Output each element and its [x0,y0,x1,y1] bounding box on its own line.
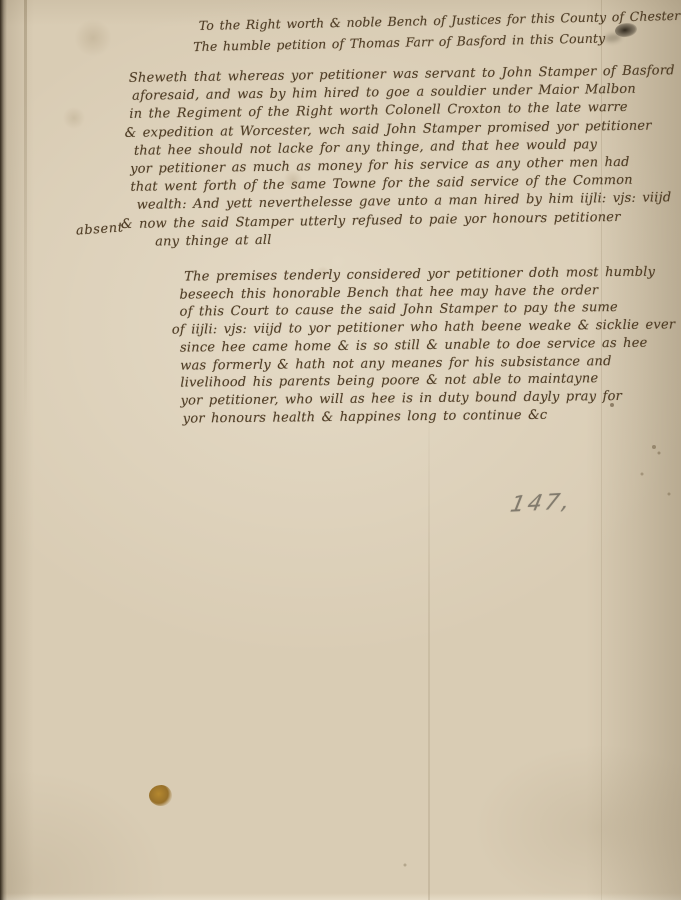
petition-prayer: The premises tenderly considered yor pet… [179,263,676,428]
margin-note: absent [76,220,125,238]
paper-specks [0,0,2,2]
petition-heading: To the Right worth & noble Bench of Just… [193,5,681,57]
fold-crease-left [24,0,27,900]
petition-body: Sheweth that whereas yor petitioner was … [129,62,677,252]
manuscript-page: To the Right worth & noble Bench of Just… [0,0,681,900]
stain-mark [149,785,172,806]
folio-number: 147, [508,489,575,517]
